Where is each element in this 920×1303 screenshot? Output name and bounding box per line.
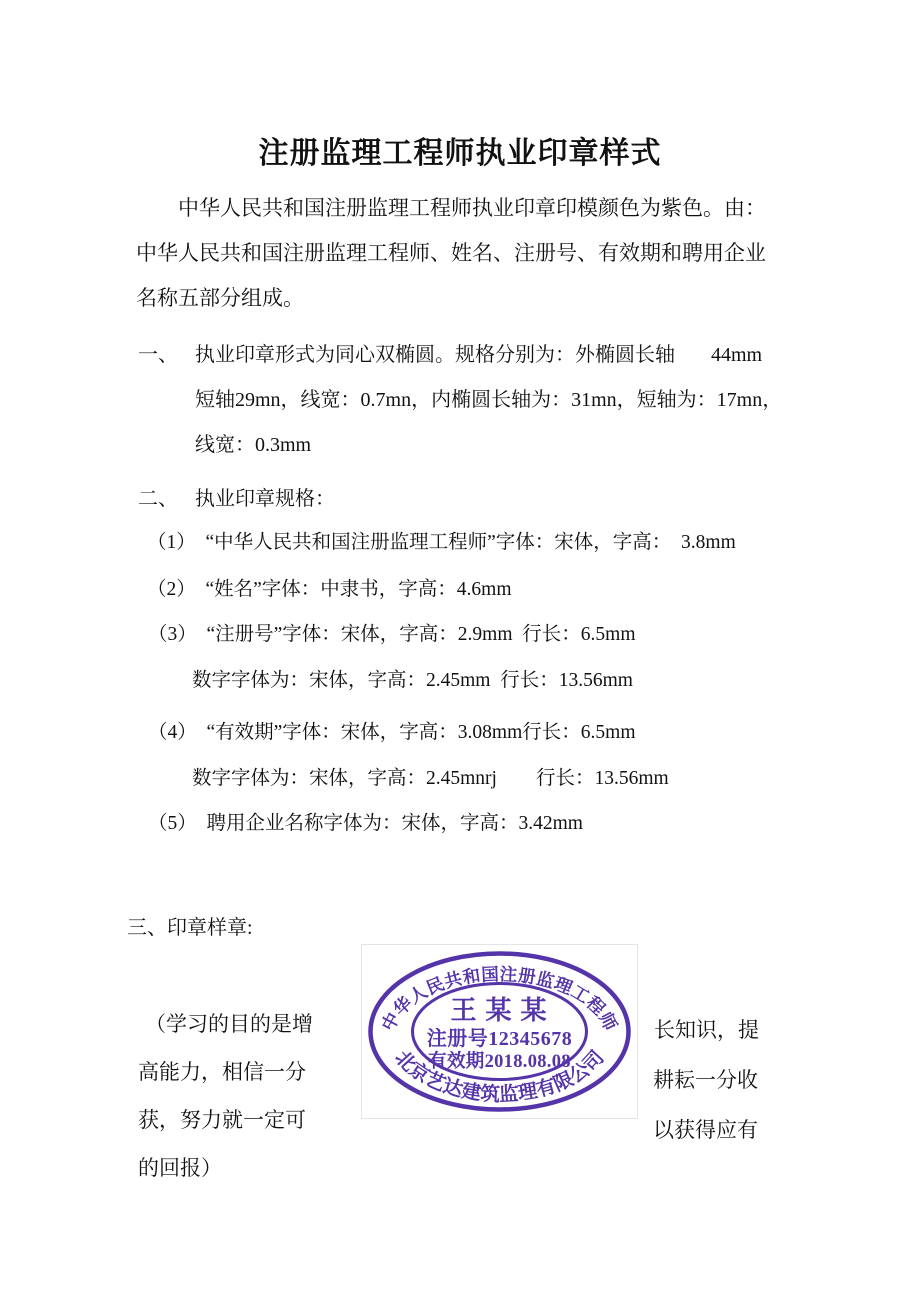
spec-line-2: （2） “姓名”字体：中隶书，字高：4.6mm (147, 579, 512, 601)
seal-stamp: 中华人民共和国注册监理工程师 王某某 注册号12345678 有效期2018.0… (362, 945, 637, 1118)
intro-line-2: 中华人民共和国注册监理工程师、姓名、注册号、有效期和聘用企业 (136, 241, 766, 265)
document-page: 注册监理工程师执业印章样式 中华人民共和国注册监理工程师执业印章印模颜色为紫色。… (0, 0, 920, 1303)
note-left-line-2: 高能力，相信一分 (138, 1060, 306, 1084)
note-right-line-1: 长知识，提 (654, 1018, 759, 1042)
note-left-line-1: （学习的目的是增 (145, 1012, 313, 1036)
note-left-line-4: 的回报） (138, 1156, 222, 1180)
seal-holder-name: 王某某 (450, 996, 555, 1025)
spec-line-4-numbers: 数字字体为：宋体，字高：2.45mnrj 行长：13.56mm (192, 768, 669, 790)
intro-line-3: 名称五部分组成。 (136, 286, 304, 310)
seal-image: 中华人民共和国注册监理工程师 王某某 注册号12345678 有效期2018.0… (361, 944, 638, 1119)
spec-line-5: （5） 聘用企业名称字体为：宋体，字高：3.42mm (148, 813, 583, 835)
spec-line-4: （4） “有效期”字体：宋体，字高：3.08mm行长：6.5mm (148, 722, 635, 744)
section1-line-1: 执业印章形式为同心双椭圆。规格分别为：外椭圆长轴 (195, 344, 675, 367)
section2-heading: 执业印章规格： (195, 488, 335, 511)
seal-registration-number: 注册号12345678 (427, 1027, 573, 1050)
section1-line-1-value: 44mm (711, 344, 762, 367)
section1-marker: 一、 (138, 344, 178, 367)
section1-line-2: 短轴29mn，线宽：0.7mn，内椭圆长轴为：31mn，短轴为：17mn， (195, 389, 782, 412)
spec-line-1: （1） “中华人民共和国注册监理工程师”字体：宋体，字高： 3.8mm (147, 532, 736, 554)
intro-line-1: 中华人民共和国注册监理工程师执业印章印模颜色为紫色。由： (178, 196, 766, 220)
spec-line-3: （3） “注册号”字体：宋体，字高：2.9mm 行长：6.5mm (148, 624, 635, 646)
section2-marker: 二、 (138, 488, 178, 511)
spec-line-3-numbers: 数字字体为：宋体，字高：2.45mm 行长：13.56mm (192, 670, 633, 692)
note-left-line-3: 获，努力就一定可 (138, 1108, 306, 1132)
seal-validity-date: 有效期2018.08.08 (428, 1050, 571, 1072)
section3-heading: 三、印章样章: (127, 917, 253, 940)
note-right-line-3: 以获得应有 (653, 1118, 758, 1142)
section1-line-3: 线宽：0.3mm (195, 434, 311, 457)
doc-title: 注册监理工程师执业印章样式 (0, 137, 920, 172)
note-right-line-2: 耕耘一分收 (653, 1068, 758, 1092)
